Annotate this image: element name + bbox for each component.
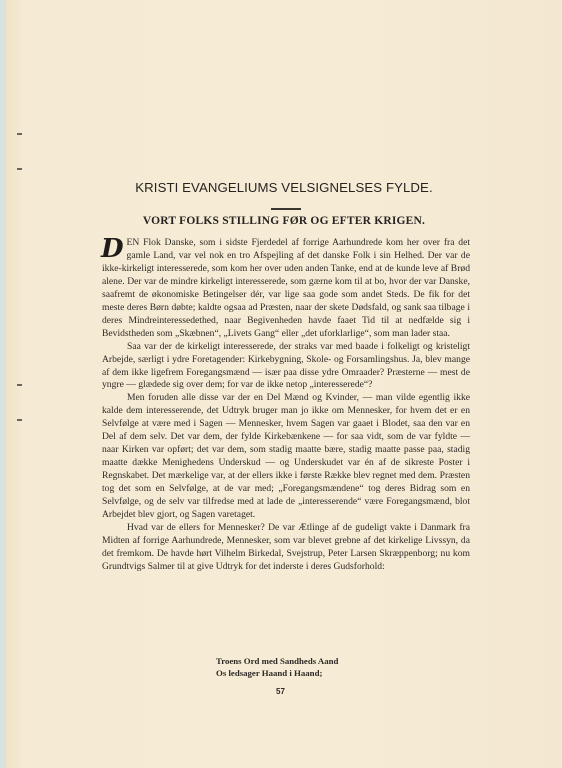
- paragraph: Saa var der de kirkeligt interesserede, …: [102, 341, 470, 393]
- drop-cap: D: [101, 238, 124, 260]
- paragraph: Men foruden alle disse var der en Del Mæ…: [102, 392, 470, 522]
- verse-line: Troens Ord med Sandheds Aand: [216, 655, 338, 667]
- title-divider: [271, 208, 301, 210]
- section-heading: VORT FOLKS STILLING FØR OG EFTER KRIGEN.: [6, 215, 562, 227]
- binding-hole-mark: [17, 133, 22, 135]
- paragraph: DEN Flok Danske, som i sidste Fjerdedel …: [102, 237, 470, 341]
- paragraph: Hvad var de ellers for Mennesker? De var…: [102, 522, 470, 574]
- page-title: KRISTI EVANGELIUMS VELSIGNELSES FYLDE.: [6, 180, 562, 195]
- hymn-verse: Troens Ord med Sandheds Aand Os ledsager…: [216, 655, 338, 679]
- verse-line: Os ledsager Haand i Haand;: [216, 667, 338, 679]
- binding-hole-mark: [17, 419, 22, 421]
- binding-hole-mark: [17, 384, 22, 386]
- scanned-page: KRISTI EVANGELIUMS VELSIGNELSES FYLDE. V…: [6, 0, 562, 768]
- page-number: 57: [276, 687, 285, 696]
- body-text: DEN Flok Danske, som i sidste Fjerdedel …: [102, 237, 470, 574]
- binding-hole-mark: [17, 168, 22, 170]
